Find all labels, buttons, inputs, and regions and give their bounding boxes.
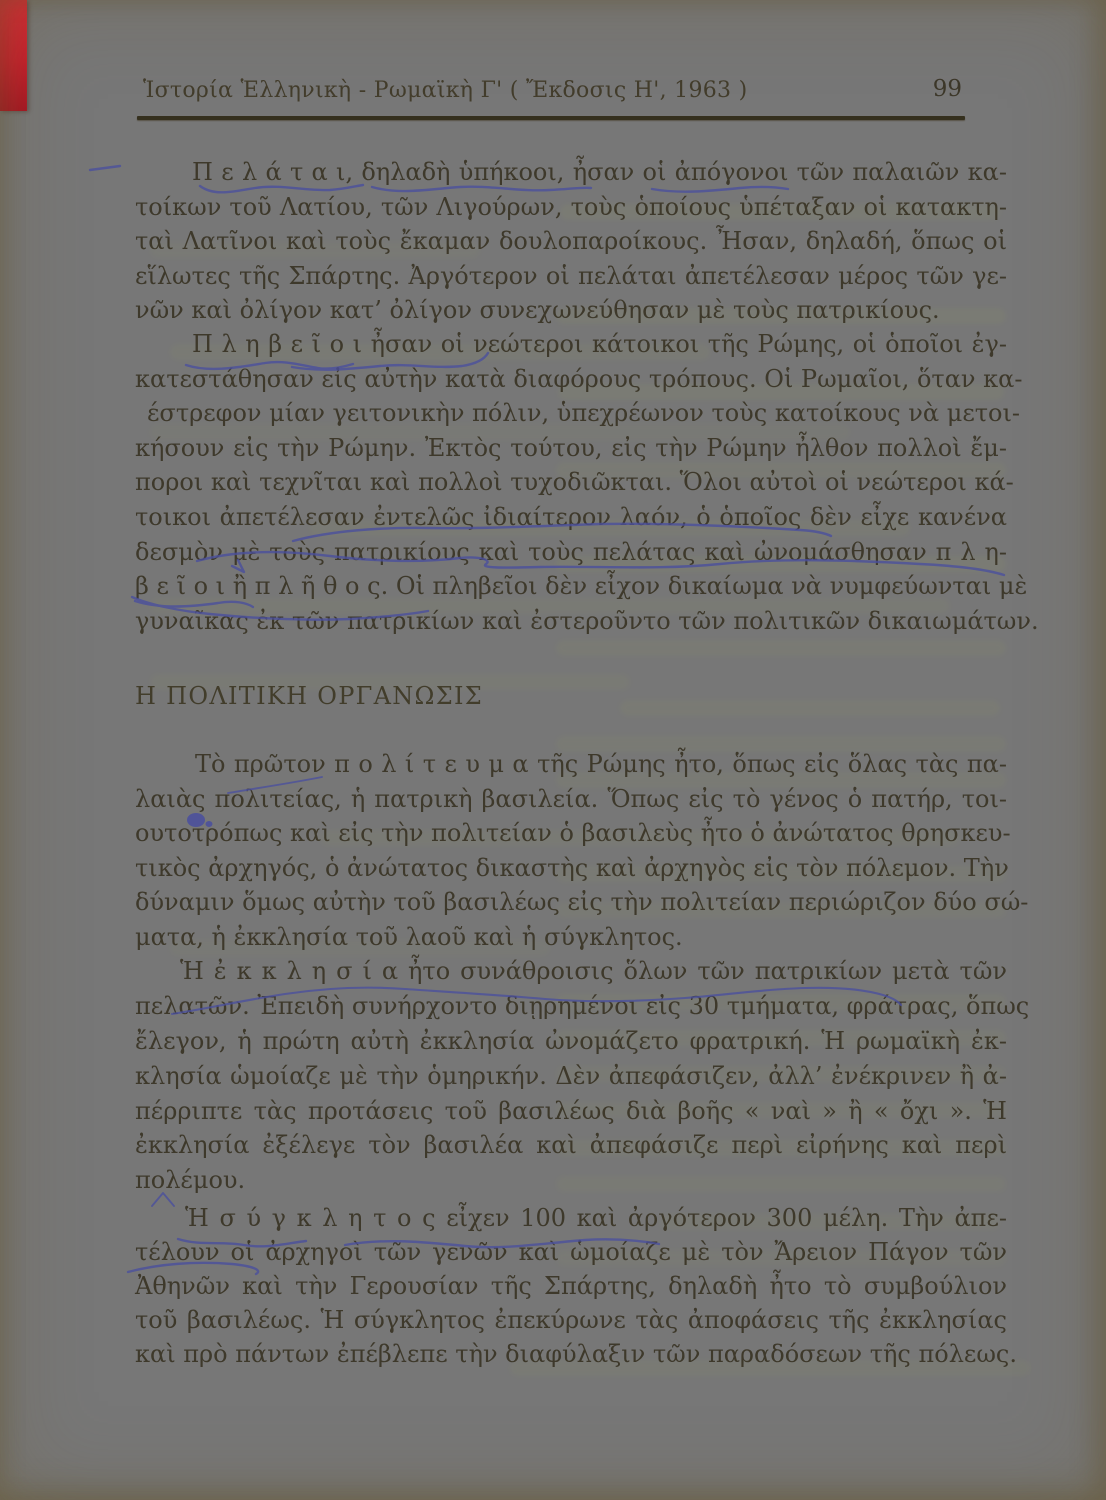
bleed-through-bar	[556, 640, 1006, 656]
running-header-title: Ἱστορία Ἑλληνικὴ - Ρωμαϊκὴ Γ' ( Ἔκδοσις …	[143, 78, 748, 104]
red-edge-tab	[0, 0, 27, 111]
text-line: ἐκκλησία ἐξέλεγε τὸν βασιλέα καὶ ἀπεφάσι…	[135, 1128, 1007, 1163]
text-line: Ἡ ἐ κ κ λ η σ ί α ἦτο συνάθροισις ὅλων τ…	[135, 954, 1007, 989]
text-line: νῶν καὶ ὀλίγον κατ’ ὀλίγον συνεχωνεύθησα…	[135, 293, 1007, 328]
text-line: τοῦ βασιλέως. Ἡ σύγκλητος ἐπεκύρωνε τὰς …	[135, 1303, 1007, 1337]
text-line: ματα, ἡ ἐκκλησία τοῦ λαοῦ καὶ ἡ σύγκλητο…	[135, 920, 1007, 955]
text-line: καὶ πρὸ πάντων ἐπέβλεπε τὴν διαφύλαξιν τ…	[135, 1337, 1007, 1371]
text-line: ποροι καὶ τεχνῖται καὶ πολλοὶ τυχοδιῶκτα…	[135, 465, 1007, 500]
paragraph-1: Π ε λ ά τ α ι, δηλαδὴ ὑπήκοοι, ἦσαν οἱ ἀ…	[135, 155, 1007, 328]
text-line: κλησία ὡμοίαζε μὲ τὴν ὁμηρικήν. Δὲν ἀπεφ…	[135, 1059, 1007, 1094]
book-page: Ἱστορία Ἑλληνικὴ - Ρωμαϊκὴ Γ' ( Ἔκδοσις …	[0, 0, 1106, 1500]
text-line: κήσουν εἰς τὴν Ρώμην. Ἐκτὸς τούτου, εἰς …	[135, 431, 1007, 466]
text-line: Ἀθηνῶν καὶ τὴν Γερουσίαν τῆς Σπάρτης, δη…	[135, 1269, 1007, 1303]
text-line: γυναῖκας ἐκ τῶν πατρικίων καὶ ἐστεροῦντο…	[135, 604, 1007, 639]
text-line: κατεστάθησαν εἰς αὐτὴν κατὰ διαφόρους τρ…	[135, 362, 1007, 397]
text-line: έστρεφον μίαν γειτονικὴν πόλιν, ὑπεχρέων…	[135, 396, 1007, 431]
text-line: εἵλωτες τῆς Σπάρτης. Ἀργότερον οἱ πελάτα…	[135, 259, 1007, 294]
text-line: ἔλεγον, ἡ πρώτη αὐτὴ ἐκκλησία ὠνομάζετο …	[135, 1024, 1007, 1059]
page-number: 99	[900, 76, 962, 102]
section-heading: Η ΠΟΛΙΤΙΚΗ ΟΡΓΑΝΩΣΙΣ	[135, 681, 483, 711]
text-line: δύναμιν ὅμως αὐτὴν τοῦ βασιλέως εἰς τὴν …	[135, 885, 1007, 920]
text-line: τοικοι ἀπετέλεσαν ἐντελῶς ἰδιαίτερον λαό…	[135, 500, 1007, 535]
text-line: ταὶ Λατῖνοι καὶ τοὺς ἔκαμαν δουλοπαροίκο…	[135, 224, 1007, 259]
text-line: πελατῶν. Ἐπειδὴ συνήρχοντο διῃρημένοι εἰ…	[135, 989, 1007, 1024]
text-line: Π λ η β ε ῖ ο ι ἦσαν οἱ νεώτεροι κάτοικο…	[135, 327, 1007, 362]
bleed-through-bar	[620, 700, 1000, 716]
text-line: ουτοτρόπως καὶ εἰς τὴν πολιτείαν ὁ βασιλ…	[135, 816, 1007, 851]
text-line: Ἡ σ ύ γ κ λ η τ ο ς εἶχεν 100 καὶ ἀργότε…	[135, 1201, 1007, 1235]
text-line: β ε ῖ ο ι ἢ π λ ῆ θ ο ς. Οἱ πληβεῖοι δὲν…	[135, 569, 1007, 604]
text-line: τοίκων τοῦ Λατίου, τῶν Λιγούρων, τοὺς ὁπ…	[135, 190, 1007, 225]
text-line: τικὸς ἀρχηγός, ὁ ἀνώτατος δικαστὴς καὶ ἀ…	[135, 851, 1007, 886]
text-line: δεσμὸν μὲ τοὺς πατρικίους καὶ τοὺς πελάτ…	[135, 535, 1007, 570]
paragraph-5: Ἡ σ ύ γ κ λ η τ ο ς εἶχεν 100 καὶ ἀργότε…	[135, 1201, 1007, 1371]
text-line: πέρριπτε τὰς προτάσεις τοῦ βασιλέως διὰ …	[135, 1094, 1007, 1129]
text-line: Τὸ πρῶτον π ο λ ί τ ε υ μ α τῆς Ρώμης ἦτ…	[135, 747, 1007, 782]
paragraph-2: Π λ η β ε ῖ ο ι ἦσαν οἱ νεώτεροι κάτοικο…	[135, 327, 1007, 638]
paragraph-4: Ἡ ἐ κ κ λ η σ ί α ἦτο συνάθροισις ὅλων τ…	[135, 954, 1007, 1198]
pen-margin-dash	[90, 166, 120, 170]
paragraph-3: Τὸ πρῶτον π ο λ ί τ ε υ μ α τῆς Ρώμης ἦτ…	[135, 747, 1007, 954]
text-line: πολέμου.	[135, 1163, 1007, 1198]
header-rule	[137, 116, 965, 120]
text-line: λαιὰς πολιτείας, ἡ πατρικὴ βασιλεία. Ὅπω…	[135, 782, 1007, 817]
text-line: Π ε λ ά τ α ι, δηλαδὴ ὑπήκοοι, ἦσαν οἱ ἀ…	[135, 155, 1007, 190]
text-line: τέλουν οἱ ἀρχηγοὶ τῶν γενῶν καὶ ὡμοίαζε …	[135, 1235, 1007, 1269]
